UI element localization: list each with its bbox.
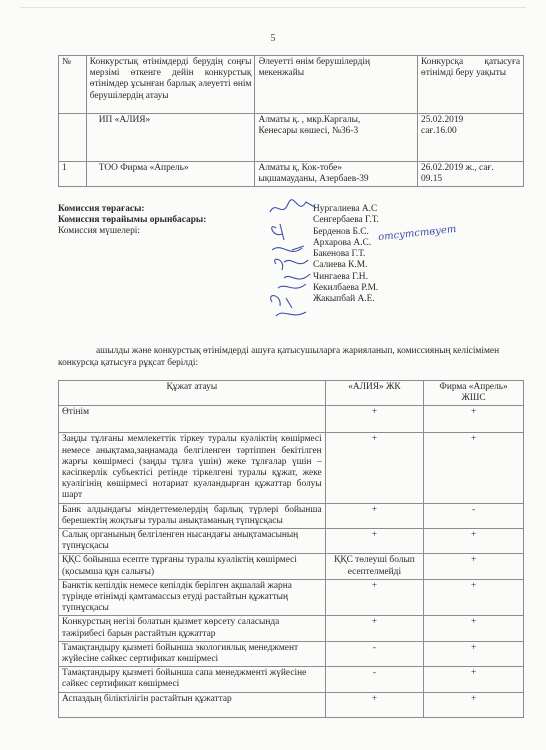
- cell-num: [59, 114, 87, 162]
- cell-aprel: -: [424, 503, 524, 528]
- signatures-icon: [262, 198, 322, 323]
- cell-document: Аспаздың біліктілігін растайтын құжаттар: [59, 692, 326, 717]
- header-document: Құжат атауы: [59, 381, 326, 406]
- cell-time: 25.02.2019 сағ.16.00: [418, 114, 524, 162]
- cell-document: Конкурстың негізі болатын қызмет көрсету…: [59, 616, 326, 641]
- cell-aprel: +: [424, 641, 524, 666]
- cell-aprel: +: [424, 554, 524, 579]
- table-row: ҚҚС бойынша есепте тұрғаны туралы куәлік…: [59, 554, 524, 579]
- member-name: Бакенова Г.Т.: [313, 249, 379, 260]
- members-label: Комиссия мүшелері:: [58, 226, 206, 237]
- cell-document: ҚҚС бойынша есепте тұрғаны туралы куәлік…: [59, 554, 326, 579]
- table-row: 1 ТОО Фирма «Апрель» Алматы қ, Кок-тобе»…: [59, 162, 524, 187]
- deputy-label: Комиссия төрайымы орынбасары:: [58, 215, 206, 226]
- header-aprel: Фирма «Апрель» ЖШС: [424, 381, 524, 406]
- cell-aliya: -: [325, 667, 423, 692]
- documents-table: Құжат атауы «АЛИЯ» ЖК Фирма «Апрель» ЖШС…: [58, 380, 524, 718]
- cell-document: Тамақтандыру қызметі бойынша сапа менедж…: [59, 667, 326, 692]
- table-row: Заңды тұлғаны мемлекеттік тіркеу туралы …: [59, 433, 524, 503]
- cell-document: Тамақтандыру қызметі бойынша экологиялық…: [59, 641, 326, 666]
- member-name: Сенгербаева Г.Т.: [313, 215, 379, 226]
- header-aliya: «АЛИЯ» ЖК: [325, 381, 423, 406]
- commission-labels: Комиссия төрағасы: Комиссия төрайымы оры…: [58, 204, 206, 238]
- cell-address: Алматы қ. , мкр.Каргалы, Кенесары көшесі…: [255, 114, 418, 162]
- header-time: Конкурсқа қатысуға өтінімді беру уақыты: [418, 56, 524, 114]
- cell-document: Заңды тұлғаны мемлекеттік тіркеу туралы …: [59, 433, 326, 503]
- table-row: Банк алдындағы міндеттемелердің барлық т…: [59, 503, 524, 528]
- cell-aliya: -: [325, 641, 423, 666]
- header-num: №: [59, 56, 87, 114]
- page-number: 5: [0, 33, 546, 44]
- table-row: Аспаздың біліктілігін растайтын құжаттар…: [59, 692, 524, 717]
- cell-aliya: +: [325, 579, 423, 616]
- cell-num: 1: [59, 162, 87, 187]
- bidders-table: № Конкурстық өтінімдерді берудің соңғы м…: [58, 55, 524, 187]
- cell-document: Салық органының белгіленген нысандағы ан…: [59, 529, 326, 554]
- cell-aliya: ҚҚС төлеуші болып есептелмейді: [325, 554, 423, 579]
- member-name: Чингаева Г.Н.: [313, 272, 379, 283]
- table-header-row: Құжат атауы «АЛИЯ» ЖК Фирма «Апрель» ЖШС: [59, 381, 524, 406]
- member-name: Жакыпбай А.Е.: [313, 294, 379, 305]
- table-row: Банктік кепілдік немесе кепілдік берілге…: [59, 579, 524, 616]
- member-name: Салиева К.М.: [313, 260, 379, 271]
- cell-aprel: +: [424, 579, 524, 616]
- cell-aprel: +: [424, 433, 524, 503]
- cell-aliya: +: [325, 529, 423, 554]
- member-name: Нургалиева А.С: [313, 204, 379, 215]
- table-row: Конкурстың негізі болатын қызмет көрсету…: [59, 616, 524, 641]
- cell-aliya: +: [325, 616, 423, 641]
- intro-text: ашылды және конкурстық өтінімдерді ашуға…: [58, 345, 524, 369]
- cell-aliya: +: [325, 406, 423, 433]
- cell-aliya: +: [325, 433, 423, 503]
- table-row: Тамақтандыру қызметі бойынша сапа менедж…: [59, 667, 524, 692]
- commission-members: Нургалиева А.С Сенгербаева Г.Т. Берденов…: [313, 204, 379, 306]
- cell-document: Банктік кепілдік немесе кепілдік берілге…: [59, 579, 326, 616]
- cell-address: Алматы қ, Кок-тобе» ықшамауданы, Азербае…: [255, 162, 418, 187]
- cell-document: Банк алдындағы міндеттемелердің барлық т…: [59, 503, 326, 528]
- cell-aprel: +: [424, 406, 524, 433]
- cell-name: ТОО Фирма «Апрель»: [86, 162, 255, 187]
- table-row: Өтінім + +: [59, 406, 524, 433]
- chair-label: Комиссия төрағасы:: [58, 204, 206, 215]
- cell-aprel: +: [424, 667, 524, 692]
- table-row: Салық органының белгіленген нысандағы ан…: [59, 529, 524, 554]
- header-address: Әлеуетті өнім берушілердің мекенжайы: [255, 56, 418, 114]
- cell-time: 26.02.2019 ж., сағ. 09.15: [418, 162, 524, 187]
- cell-document: Өтінім: [59, 406, 326, 433]
- header-name: Конкурстық өтінімдерді берудің соңғы мер…: [86, 56, 255, 114]
- table-row: Тамақтандыру қызметі бойынша экологиялық…: [59, 641, 524, 666]
- member-name: Архарова А.С.: [313, 238, 379, 249]
- table-row: ИП «АЛИЯ» Алматы қ. , мкр.Каргалы, Кенес…: [59, 114, 524, 162]
- cell-name: ИП «АЛИЯ»: [86, 114, 255, 162]
- table-header-row: № Конкурстық өтінімдерді берудің соңғы м…: [59, 56, 524, 114]
- scan-edge-line: [20, 7, 526, 8]
- cell-aliya: +: [325, 503, 423, 528]
- member-name: Берденов Б.С.: [313, 227, 379, 238]
- cell-aprel: +: [424, 529, 524, 554]
- cell-aprel: +: [424, 692, 524, 717]
- member-name: Кекилбаева Р.М.: [313, 283, 379, 294]
- cell-aprel: +: [424, 616, 524, 641]
- handwritten-note: отсутствует: [378, 224, 457, 243]
- cell-aliya: +: [325, 692, 423, 717]
